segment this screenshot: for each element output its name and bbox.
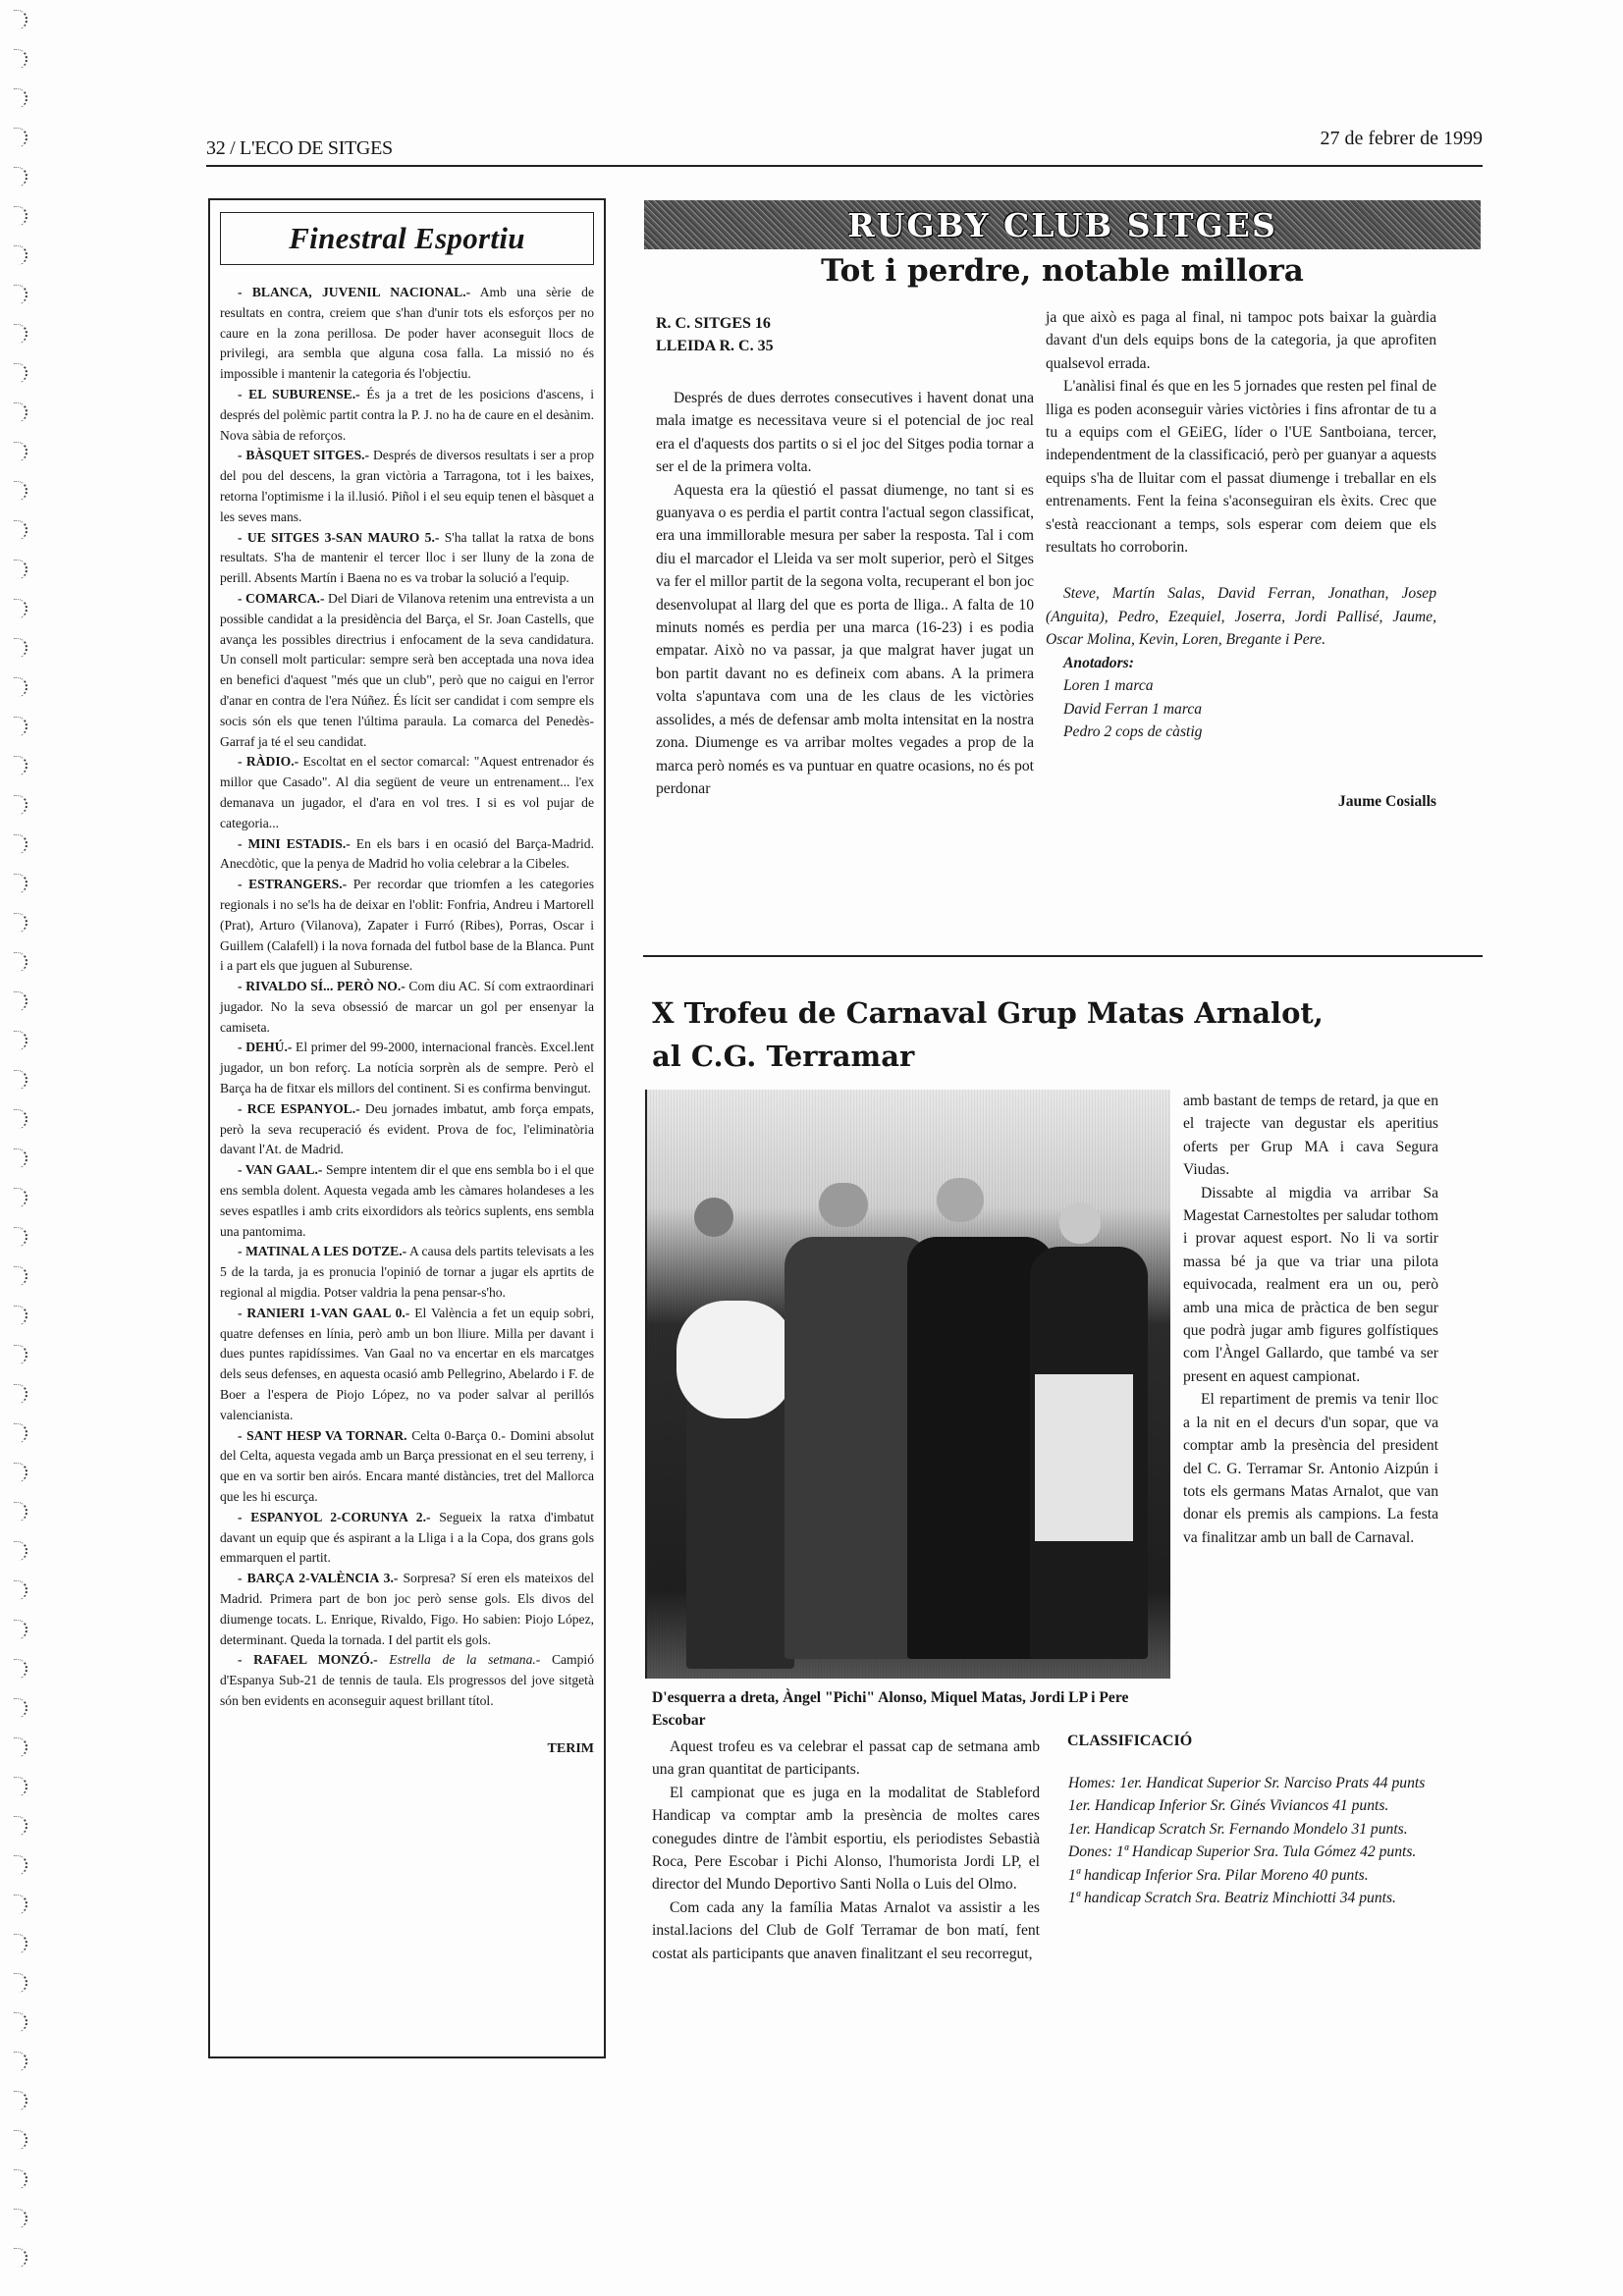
item-lead: - BÀSQUET SITGES.-	[238, 448, 369, 462]
binding-ring	[14, 1266, 27, 1286]
item-lead: - COMARCA.-	[238, 591, 324, 606]
binding-ring	[14, 206, 27, 226]
rugby-headline: Tot i perdre, notable millora	[644, 253, 1481, 289]
rugby-paragraph: ja que això es paga al final, ni tampoc …	[1046, 306, 1436, 375]
figure-silhouette	[676, 1301, 794, 1418]
column-item: - VAN GAAL.- Sempre intentem dir el que …	[220, 1160, 594, 1242]
column-item: - SANT HESP VA TORNAR. Celta 0-Barça 0.-…	[220, 1426, 594, 1508]
binding-ring	[14, 638, 27, 658]
golf-headline-line2: al C.G. Terramar	[652, 1035, 1457, 1078]
column-item: - EL SUBURENSE.- És ja a tret de les pos…	[220, 385, 594, 446]
binding-ring	[14, 1737, 27, 1757]
binding-ring	[14, 952, 27, 972]
header-rule	[206, 165, 1483, 167]
binding-ring	[14, 1384, 27, 1404]
binding-ring	[14, 1463, 27, 1482]
rugby-paragraph: Aquesta era la qüestió el passat diumeng…	[656, 479, 1034, 801]
rugby-paragraph: L'anàlisi final és que en les 5 jornades…	[1046, 375, 1436, 559]
item-lead: - RAFAEL MONZÓ.-	[238, 1652, 378, 1667]
binding-ring	[14, 2248, 27, 2268]
column-item: - MINI ESTADIS.- En els bars i en ocasió…	[220, 834, 594, 876]
binding-ring	[14, 834, 27, 854]
binding-ring	[14, 913, 27, 933]
binding-ring	[14, 88, 27, 108]
face	[694, 1198, 733, 1237]
golf-paragraph: amb bastant de temps de retard, ja que e…	[1183, 1090, 1438, 1182]
column-title: Finestral Esportiu	[289, 221, 525, 256]
column-item: - ESPANYOL 2-CORUNYA 2.- Segueix la ratx…	[220, 1508, 594, 1569]
golf-headline-line1: X Trofeu de Carnaval Grup Matas Arnalot,	[652, 991, 1457, 1035]
item-lead: - MATINAL A LES DOTZE.-	[238, 1244, 406, 1258]
issue-date: 27 de febrer de 1999	[1321, 128, 1484, 150]
column-item: - RAFAEL MONZÓ.- Estrella de la setmana.…	[220, 1650, 594, 1711]
scorer-item: Loren 1 marca	[1046, 674, 1436, 697]
golf-paragraph: El repartiment de premis va tenir lloc a…	[1183, 1388, 1438, 1549]
binding-ring	[14, 1855, 27, 1875]
column-item: - MATINAL A LES DOTZE.- A causa dels par…	[220, 1242, 594, 1303]
binding-ring	[14, 1502, 27, 1522]
binding-ring	[14, 1188, 27, 1207]
scorers-label: Anotadors:	[1046, 652, 1436, 674]
white-trousers	[1035, 1374, 1133, 1541]
binding-ring	[14, 874, 27, 893]
binding-ring	[14, 442, 27, 461]
score-home: R. C. SITGES 16	[656, 312, 1034, 335]
binding-ring	[14, 1620, 27, 1639]
golf-paragraph: Aquest trofeu es va celebrar el passat c…	[652, 1735, 1040, 1782]
binding-ring	[14, 1109, 27, 1129]
item-lead: - VAN GAAL.-	[238, 1162, 322, 1177]
rugby-lineup: Steve, Martín Salas, David Ferran, Jonat…	[1046, 582, 1436, 651]
binding-ring	[14, 402, 27, 422]
column-item: - UE SITGES 3-SAN MAURO 5.- S'ha tallat …	[220, 528, 594, 589]
binding-ring	[14, 1698, 27, 1718]
binding-ring	[14, 1934, 27, 1953]
binding-ring	[14, 1345, 27, 1364]
item-lead: - DEHÚ.-	[238, 1040, 292, 1054]
golf-left-column: Aquest trofeu es va celebrar el passat c…	[652, 1735, 1040, 1965]
item-lead: - RANIERI 1-VAN GAAL 0.-	[238, 1306, 409, 1320]
item-lead: - RCE ESPANYOL.-	[238, 1101, 360, 1116]
binding-ring	[14, 1227, 27, 1247]
column-item: - DEHÚ.- El primer del 99-2000, internac…	[220, 1038, 594, 1098]
golf-headline: X Trofeu de Carnaval Grup Matas Arnalot,…	[652, 991, 1457, 1078]
golf-right-column: amb bastant de temps de retard, ja que e…	[1183, 1090, 1438, 1549]
face	[1059, 1202, 1101, 1244]
photo-caption: D'esquerra a dreta, Àngel "Pichi" Alonso…	[652, 1686, 1172, 1732]
classification-entry: 1er. Handicap Scratch Sr. Fernando Monde…	[1051, 1818, 1439, 1841]
binding-ring	[14, 1659, 27, 1679]
binding-ring	[14, 2209, 27, 2228]
binding-ring	[14, 481, 27, 501]
column-item: - COMARCA.- Del Diari de Vilanova reteni…	[220, 589, 594, 752]
item-lead: - RÀDIO.-	[238, 754, 298, 769]
binding-ring	[14, 245, 27, 265]
rugby-right-column: ja que això es paga al final, ni tampoc …	[1046, 306, 1436, 814]
item-lead: - BARÇA 2-VALÈNCIA 3.-	[238, 1571, 398, 1585]
golf-paragraph: Com cada any la família Matas Arnalot va…	[652, 1896, 1040, 1965]
binding-ring	[14, 1148, 27, 1168]
binding-ring	[14, 363, 27, 383]
column-item: - ESTRANGERS.- Per recordar que triomfen…	[220, 875, 594, 977]
classification-entry: 1er. Handicap Inferior Sr. Ginés Vivianc…	[1051, 1794, 1439, 1817]
item-text: Del Diari de Vilanova retenim una entrev…	[220, 591, 594, 749]
rugby-author: Jaume Cosialls	[1046, 790, 1436, 813]
column-items: - BLANCA, JUVENIL NACIONAL.- Amb una sèr…	[220, 283, 594, 1712]
column-item: - BÀSQUET SITGES.- Després de diversos r…	[220, 446, 594, 527]
page-header: 32 / L'ECO DE SITGES 27 de febrer de 199…	[206, 135, 1483, 167]
item-lead: - ESTRANGERS.-	[238, 877, 347, 891]
classification-list: Homes: 1er. Handicat Superior Sr. Narcis…	[1051, 1772, 1439, 1909]
binding-ring	[14, 520, 27, 540]
binding-ring	[14, 324, 27, 344]
binding-ring	[14, 1580, 27, 1600]
binding-ring	[14, 599, 27, 618]
publication-name: 32 / L'ECO DE SITGES	[206, 137, 393, 160]
column-item: - RÀDIO.- Escoltat en el sector comarcal…	[220, 752, 594, 833]
binding-ring	[14, 49, 27, 69]
binding-ring	[14, 1541, 27, 1561]
item-italic: Estrella de la setmana.-	[378, 1652, 541, 1667]
golfers-photo	[645, 1090, 1170, 1679]
binding-ring	[14, 2052, 27, 2071]
binding-ring	[14, 560, 27, 579]
binding-ring	[14, 167, 27, 187]
column-item: - RIVALDO SÍ... PERÒ NO.- Com diu AC. Sí…	[220, 977, 594, 1038]
spiral-binding-edge	[0, 0, 39, 2296]
classification-entry: Dones: 1ª Handicap Superior Sra. Tula Gó…	[1051, 1841, 1439, 1863]
classification-title: CLASSIFICACIÓ	[1067, 1733, 1192, 1750]
column-item: - RCE ESPANYOL.- Deu jornades imbatut, a…	[220, 1099, 594, 1160]
binding-ring	[14, 285, 27, 304]
item-lead: - EL SUBURENSE.-	[238, 387, 360, 401]
binding-ring	[14, 756, 27, 775]
rugby-left-column: R. C. SITGES 16 LLEIDA R. C. 35 Després …	[656, 312, 1034, 800]
binding-ring	[14, 2091, 27, 2110]
finestral-esportiu-column: Finestral Esportiu - BLANCA, JUVENIL NAC…	[208, 198, 606, 2058]
item-lead: - SANT HESP VA TORNAR.	[238, 1428, 407, 1443]
binding-ring	[14, 1973, 27, 1993]
rugby-banner-text: RUGBY CLUB SITGES	[847, 206, 1277, 244]
section-divider	[643, 955, 1483, 957]
score-away: LLEIDA R. C. 35	[656, 335, 1034, 357]
classification-entry: Homes: 1er. Handicat Superior Sr. Narcis…	[1051, 1772, 1439, 1794]
item-lead: - ESPANYOL 2-CORUNYA 2.-	[238, 1510, 431, 1524]
classification-entry: 1ª handicap Scratch Sra. Beatriz Minchio…	[1051, 1887, 1439, 1909]
item-lead: - BLANCA, JUVENIL NACIONAL.-	[238, 285, 470, 299]
rugby-section-banner: RUGBY CLUB SITGES	[644, 200, 1481, 249]
binding-ring	[14, 1031, 27, 1050]
golf-paragraph: Dissabte al migdia va arribar Sa Magesta…	[1183, 1182, 1438, 1389]
binding-ring	[14, 1070, 27, 1090]
rugby-paragraph: Després de dues derrotes consecutives i …	[656, 387, 1034, 479]
item-text: El València a fet un equip sobri, quatre…	[220, 1306, 594, 1422]
binding-ring	[14, 795, 27, 815]
binding-ring	[14, 991, 27, 1011]
binding-ring	[14, 10, 27, 29]
binding-ring	[14, 717, 27, 736]
scorer-item: Pedro 2 cops de càstig	[1046, 721, 1436, 743]
face	[819, 1183, 868, 1227]
binding-ring	[14, 1816, 27, 1836]
column-signature: TERIM	[220, 1741, 594, 1757]
classification-entry: 1ª handicap Inferior Sra. Pilar Moreno 4…	[1051, 1864, 1439, 1887]
binding-ring	[14, 2169, 27, 2189]
binding-ring	[14, 1306, 27, 1325]
binding-ring	[14, 128, 27, 147]
column-item: - BLANCA, JUVENIL NACIONAL.- Amb una sèr…	[220, 283, 594, 385]
column-item: - BARÇA 2-VALÈNCIA 3.- Sorpresa? Sí eren…	[220, 1569, 594, 1650]
scorer-item: David Ferran 1 marca	[1046, 698, 1436, 721]
item-lead: - UE SITGES 3-SAN MAURO 5.-	[238, 530, 439, 545]
golf-paragraph: El campionat que es juga en la modalitat…	[652, 1782, 1040, 1896]
binding-ring	[14, 677, 27, 697]
column-title-box: Finestral Esportiu	[220, 212, 594, 265]
item-lead: - MINI ESTADIS.-	[238, 836, 351, 851]
binding-ring	[14, 1895, 27, 1914]
binding-ring	[14, 2130, 27, 2150]
binding-ring	[14, 1423, 27, 1443]
face	[937, 1178, 984, 1222]
column-item: - RANIERI 1-VAN GAAL 0.- El València a f…	[220, 1304, 594, 1426]
item-lead: - RIVALDO SÍ... PERÒ NO.-	[238, 979, 406, 993]
binding-ring	[14, 1777, 27, 1796]
binding-ring	[14, 2012, 27, 2032]
